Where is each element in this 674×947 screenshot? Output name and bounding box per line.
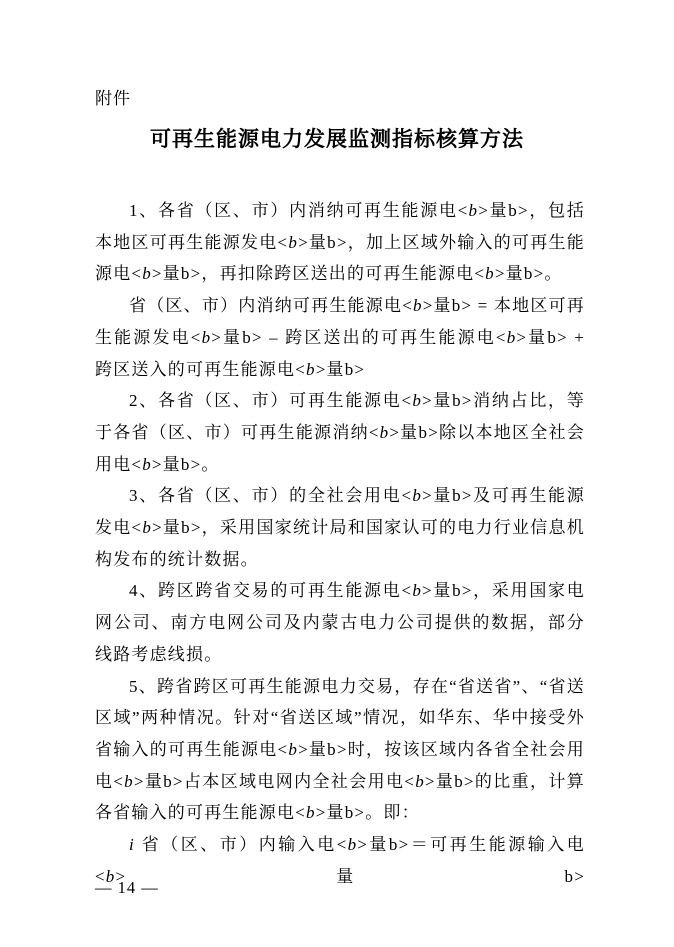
body-paragraph: 3、各省（区、市）的全社会用电<b>量b>及可再生能源发电<b>量b>，采用国家… — [95, 480, 585, 575]
page-number: — 14 — — [95, 878, 159, 898]
body-paragraph: 2、各省（区、市）可再生能源电<b>量b>消纳占比，等于各省（区、市）可再生能源… — [95, 385, 585, 480]
body-paragraph-formula: i 省（区、市）内输入电<b>量b>＝可再生能源输入电<b>量b> — [95, 829, 585, 892]
document-body: 1、各省（区、市）内消纳可再生能源电<b>量b>，包括本地区可再生能源发电<b>… — [95, 195, 585, 892]
body-paragraph: 1、各省（区、市）内消纳可再生能源电<b>量b>，包括本地区可再生能源发电<b>… — [95, 195, 585, 290]
body-paragraph: 4、跨区跨省交易的可再生能源电<b>量b>，采用国家电网公司、南方电网公司及内蒙… — [95, 575, 585, 670]
body-paragraph-formula: 省（区、市）内消纳可再生能源电<b>量b> = 本地区可再生能源发电<b>量b>… — [95, 290, 585, 385]
page-title: 可再生能源电力发展监测指标核算方法 — [0, 123, 674, 153]
document-page: 附件 可再生能源电力发展监测指标核算方法 1、各省（区、市）内消纳可再生能源电<… — [0, 0, 674, 947]
body-paragraph: 5、跨省跨区可再生能源电力交易，存在“省送省”、“省送区域”两种情况。针对“省送… — [95, 671, 585, 830]
attachment-label: 附件 — [95, 84, 131, 109]
